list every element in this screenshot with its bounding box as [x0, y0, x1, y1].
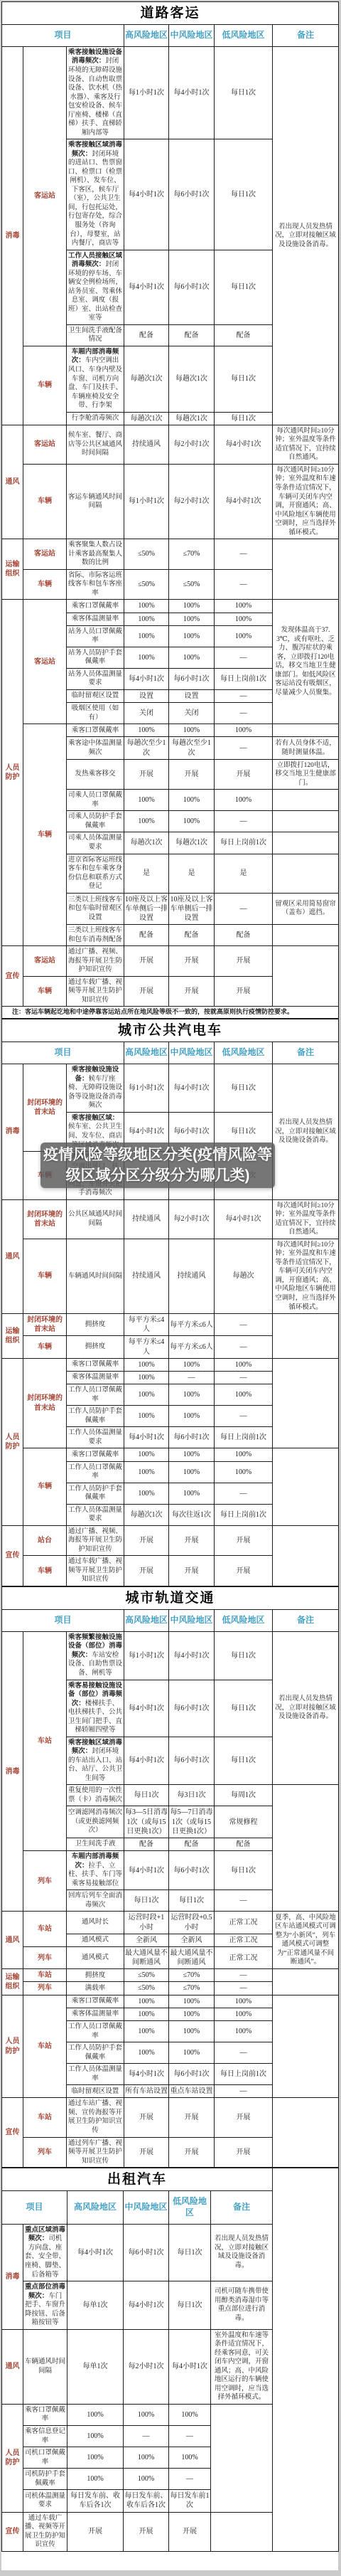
value-cell: ≤50% — [124, 1969, 169, 1982]
note-cell: 夏季，高、中风险地区车站通风模式可调整为“小新风”，列车通风模式可调整为“正常通… — [273, 1912, 339, 1969]
value-cell: 100% — [124, 2021, 169, 2042]
note-cell: 若出现人员发热情况，立即对接触区域及设施设备消毒。 — [273, 46, 339, 425]
value-cell: 100% — [124, 1995, 169, 2008]
value-cell: 每日1次 — [215, 1631, 273, 1680]
item-cell: 乘客易接触设施设备（部位）消毒频次：楼梯扶手、电扶梯扶手、公共卫生间门把手、直梯… — [67, 1680, 124, 1737]
value-cell: 100% — [215, 724, 273, 737]
value-cell: — — [215, 1314, 273, 1336]
value-cell: 开展 — [124, 976, 169, 1007]
item-cell: 车厢内部消毒频次：拉手、立柱、扶手、车门等乘客易接触部位 — [67, 1851, 124, 1890]
value-cell: 每4小时1次 — [215, 464, 273, 539]
note-cell: 若出现人员发热情况，立即对接触区域及设施设备消毒。 — [211, 2224, 273, 2281]
item-cell: 工作人员口罩佩戴率 — [67, 1384, 124, 1406]
value-cell: 每4小时1次 — [124, 668, 169, 689]
value-cell: 每6小时1次 — [169, 1427, 215, 1448]
value-cell: 100% — [169, 1461, 215, 1483]
note-cell: 留观区采用简易窗帘（盖布）遮挡。 — [273, 893, 339, 925]
value-cell: 100% — [169, 790, 215, 811]
value-cell: 每日1次 — [215, 139, 273, 250]
value-cell: 每4小时1次 — [169, 1631, 215, 1680]
note-cell: 每次通风时间≥10分钟；室外温度等条件适宜情况下，宜持续自然通风。 — [273, 425, 339, 464]
value-cell: 每4小时1次 — [215, 1199, 273, 1239]
value-cell: 100% — [215, 1448, 273, 1461]
value-cell: 开展 — [124, 946, 169, 977]
value-cell: 配备 — [169, 925, 215, 946]
value-cell: — — [215, 1336, 273, 1358]
value-cell: 是 — [124, 854, 169, 893]
item-cell: 回库后列车全面消毒频次 — [67, 1890, 124, 1912]
row-group-label: 通风 — [2, 425, 23, 539]
item-cell: 临时留观区设置 — [67, 689, 124, 702]
title-overlay: 疫情风险等级地区分类(疫情风险等 级区域分区分级分为哪几类) — [40, 1143, 275, 1188]
note-cell — [273, 946, 339, 1007]
value-cell: 每4小时1次 — [124, 2064, 169, 2085]
item-cell: 拥挤度 — [67, 1336, 124, 1358]
row-group-label: 消毒 — [2, 1631, 23, 1912]
item-cell: 工作人员体温测量要求 — [67, 1504, 124, 1525]
table-row: 消毒封闭环境的首末站乘客接触设施设备：候车厅座椅、无障碍设施设备等设施设备消毒频… — [2, 1064, 339, 1113]
value-cell: 每4小时1次 — [124, 1680, 169, 1737]
value-cell: 开展 — [169, 2098, 215, 2137]
row-subgroup-label: 封闭环境的首末站 — [23, 1199, 67, 1239]
table-row: 通风封闭环境的首末站公共区域通风时间间隔持续通风每2小时1次每4小时1次每次通风… — [2, 1199, 339, 1239]
value-cell: 100% — [169, 625, 215, 647]
note-cell — [211, 2404, 273, 2512]
item-cell: 乘客频繁接触设施设备（部位）消毒频次：车站安检设备、自助售票设备、闸机等 — [67, 1631, 124, 1680]
row-group-label: 通风 — [2, 1199, 23, 1313]
value-cell: 100% — [124, 2447, 169, 2469]
item-cell: 发热乘客移交 — [67, 759, 124, 790]
section-title: 出租汽车 — [2, 2168, 273, 2191]
value-cell: 每6小时1次 — [169, 1851, 215, 1890]
item-cell: 车辆通风时间间隔 — [23, 2329, 67, 2404]
table-row: 车辆乘客口罩佩戴率100%100%100% — [2, 724, 339, 737]
value-cell: — — [215, 689, 273, 702]
value-cell: 每日1次 — [215, 346, 273, 412]
note-cell — [273, 1995, 339, 2098]
note-cell — [211, 2512, 273, 2551]
value-cell: 关闭 — [169, 703, 215, 724]
overlay-line-2: 级区域分区分级分为哪几类) — [40, 1165, 275, 1186]
column-header: 高风险地区 — [124, 25, 169, 47]
section-title: 城市轨道交通 — [2, 1586, 339, 1609]
value-cell: 每5—7日消毒1次（或每15日更换1次） — [169, 1806, 215, 1838]
value-cell: 每趟次1次 — [169, 412, 215, 425]
value-cell: 每日1次 — [215, 250, 273, 324]
value-cell: 100% — [169, 1406, 215, 1427]
value-cell: 每趟次至少1次 — [169, 737, 215, 759]
item-cell: 拥挤度 — [67, 1969, 124, 1982]
value-cell: 100% — [124, 625, 169, 647]
table-row: 人员防护车站乘客口罩佩戴率100%100%100% — [2, 1995, 339, 2008]
value-cell: 每6小时1次 — [169, 250, 215, 324]
value-cell: 每日1次 — [124, 1785, 169, 1806]
item-cell: 乘客口罩佩戴率 — [23, 2404, 67, 2425]
table-row: 运输组织客运站乘客聚集人数占设计乘客最高聚集人数的比例≤50%≤70%— — [2, 539, 339, 570]
note-cell — [273, 724, 339, 737]
value-cell: 100% — [215, 1995, 273, 2008]
value-cell: 每日1次 — [215, 1851, 273, 1890]
item-cell: 乘客口罩佩戴率 — [67, 1448, 124, 1461]
value-cell: 100% — [124, 2469, 169, 2490]
value-cell: 每6小时1次 — [169, 139, 215, 250]
value-cell: 100% — [124, 600, 169, 613]
section-title: 道路客运 — [2, 2, 339, 25]
value-cell: — — [169, 1372, 215, 1384]
note-cell: 若有人员身体不适，随时测量体温。 — [273, 737, 339, 759]
value-cell: 每趟次1次 — [124, 1504, 169, 1525]
item-cell: 站务人员口罩佩戴率 — [67, 625, 124, 647]
item-cell: 空调滤网消毒频次（或更换滤网频次） — [67, 1806, 124, 1838]
value-cell: 开展 — [67, 2512, 124, 2551]
value-cell: 100% — [67, 2469, 124, 2490]
value-cell: 每2小时1次 — [169, 1199, 215, 1239]
value-cell: 每1小时1次 — [124, 464, 169, 539]
value-cell: 每日1次 — [169, 1890, 215, 1912]
row-group-label: 消毒 — [2, 2224, 23, 2329]
value-cell: 100% — [169, 613, 215, 625]
value-cell: 10座及以上客车单侧后一排设置 — [169, 893, 215, 925]
note-cell: 每次通风时间≥10分钟；室外温度和车速等条件适宜情况下，车辆可关闭车内空调，开窗… — [273, 464, 339, 539]
item-cell: 通过车载广播、视频等开展卫生防护知识宣传 — [67, 1556, 124, 1586]
value-cell: 100% — [124, 1384, 169, 1406]
item-cell: 卫生间洗手液配备情况 — [67, 324, 124, 346]
item-cell: 通过列车广播、视频等开展卫生防护知识宣传 — [67, 2137, 124, 2168]
value-cell: 每平方米≤4人 — [124, 1314, 169, 1336]
value-cell: 100% — [124, 790, 169, 811]
note-cell: 立即拨打120电话，移交当地卫生健康部门。 — [273, 759, 339, 790]
row-group-label: 运输组织 — [2, 1969, 23, 1995]
row-subgroup-label: 车站 — [23, 1912, 67, 1947]
item-cell: 司机口罩佩戴率 — [23, 2447, 67, 2469]
item-cell: 通过车站广播、视频、宣传海报等开展卫生防护知识宣传 — [67, 2098, 124, 2137]
item-cell: 司机防护手套佩戴率 — [23, 2469, 67, 2490]
item-cell: 乘客体温测量率 — [67, 613, 124, 625]
table-row: 通风车站通风时长运营时段+1小时运营时段+0.5小时正常工况夏季，高、中风险地区… — [2, 1912, 339, 1934]
value-cell: ≤50% — [124, 1982, 169, 1995]
value-cell: 每3日1次 — [169, 1785, 215, 1806]
value-cell: 100% — [67, 2447, 124, 2469]
value-cell: 配备 — [215, 1838, 273, 1850]
value-cell: 开展 — [169, 759, 215, 790]
item-cell: 通风时长 — [67, 1912, 124, 1934]
column-header: 中风险地区 — [169, 1042, 215, 1064]
row-group-label: 宣传 — [2, 1525, 23, 1586]
value-cell: 持续通风 — [124, 1239, 169, 1313]
item-cell: 乘客接触设施设备消毒频次：封闭环境的无障碍设施设备、自动售取票设备、饮水机（热水… — [67, 46, 124, 139]
value-cell: 100% — [169, 2021, 215, 2042]
value-cell: 100% — [169, 811, 215, 832]
value-cell: 每6小时1次 — [169, 668, 215, 689]
value-cell: 100% — [169, 1448, 215, 1461]
item-cell: 车辆通风时间间隔 — [67, 1239, 124, 1313]
column-header: 高风险地区 — [124, 1042, 169, 1064]
value-cell: 每趟次1次 — [169, 346, 215, 412]
value-cell: 每日1次 — [169, 2224, 211, 2281]
row-subgroup-label: 车站 — [23, 1969, 67, 1982]
value-cell: 100% — [124, 1372, 169, 1384]
value-cell: 100% — [169, 2042, 215, 2064]
item-cell: 乘客口罩佩戴率 — [67, 600, 124, 613]
value-cell: 每趟次1次 — [169, 832, 215, 854]
row-group-label: 宣传 — [2, 2098, 23, 2168]
value-cell: ≤70% — [169, 539, 215, 570]
value-cell: ≤70% — [169, 1969, 215, 1982]
value-cell: 持续通风 — [169, 1239, 215, 1313]
note-cell — [273, 811, 339, 832]
row-subgroup-label: 车辆 — [23, 464, 67, 539]
row-subgroup-label: 列车 — [23, 1946, 67, 1968]
row-subgroup-label: 站台 — [23, 1525, 67, 1556]
row-subgroup-label: 车辆 — [23, 1239, 67, 1313]
value-cell: 正常工况 — [215, 1934, 273, 1946]
value-cell: — — [169, 2469, 211, 2490]
item-cell: 工作人员口罩佩戴率 — [67, 1461, 124, 1483]
overlay-line-1: 疫情风险等级地区分类(疫情风险等 — [40, 1145, 275, 1165]
value-cell: 每4小时1次 — [124, 2281, 169, 2330]
value-cell: 每日1次 — [215, 1064, 273, 1113]
item-cell: 乘客接触区域消毒频次：封闭环境的进站口、售票窗口、检票口（检票闸机）、发车位、下… — [67, 139, 124, 250]
item-cell: 临时留观区设置 — [67, 2085, 124, 2098]
row-group-label: 消毒 — [2, 1064, 23, 1199]
value-cell: 每平方米≤6人 — [169, 1314, 215, 1336]
column-header: 高风险地区 — [67, 2191, 124, 2225]
value-cell: 每6小时1次 — [169, 1737, 215, 1785]
column-header: 中风险地区 — [169, 25, 215, 47]
column-header: 中风险地区 — [169, 1610, 215, 1632]
value-cell: 100% — [169, 600, 215, 613]
value-cell: — — [215, 737, 273, 759]
value-cell: 每趟次1次 — [124, 832, 169, 854]
item-cell: 工作人员口罩佩戴率 — [67, 2021, 124, 2042]
value-cell: 每4小时1次 — [169, 46, 215, 139]
value-cell: — — [215, 569, 273, 600]
item-cell: 司乘人员体温测量要求 — [67, 832, 124, 854]
value-cell: — — [215, 811, 273, 832]
value-cell: 100% — [169, 1483, 215, 1504]
item-cell: 车厢内部消毒频次：车内空调出风口、车身内壁及车窗、司机方向盘、车门及扶手、车辆座… — [67, 346, 124, 412]
value-cell: 100% — [169, 2008, 215, 2020]
value-cell: 开展 — [124, 759, 169, 790]
value-cell: 每日上岗前1次 — [215, 832, 273, 854]
row-subgroup-label: 车辆 — [23, 346, 67, 425]
item-cell: 公共区域通风时间间隔 — [67, 1199, 124, 1239]
item-cell: 卫生间洗手液 — [67, 1838, 124, 1850]
item-cell: 客运车辆通风时间间隔 — [67, 464, 124, 539]
note-cell — [273, 539, 339, 600]
value-cell: 每日上岗前1次 — [215, 668, 273, 689]
value-cell: 100% — [124, 724, 169, 737]
table-row: 人员防护客运站乘客口罩佩戴率100%100%100%发现体温高于37.3℃，或有… — [2, 600, 339, 613]
value-cell: 每日1次 — [215, 46, 273, 139]
note-cell — [273, 1358, 339, 1448]
value-cell: 持续通风 — [124, 425, 169, 464]
item-cell: 工作人员体温测量率 — [67, 2064, 124, 2085]
value-cell: 全新风 — [169, 1934, 215, 1946]
value-cell: 重点车站设置 — [169, 2085, 215, 2098]
value-cell: 100% — [124, 811, 169, 832]
table-row: 宣传站台通过广播、视频、海报等开展卫生防护知识宣传开展开展开展 — [2, 1525, 339, 1556]
column-header: 项目 — [2, 2191, 67, 2225]
value-cell: 每1小时1次 — [124, 1064, 169, 1113]
value-cell: 100% — [67, 2404, 124, 2425]
value-cell: 配备 — [124, 324, 169, 346]
value-cell: 每4小时1次 — [124, 1427, 169, 1448]
note-cell: 若出现人员发热情况，立即对接触区域及设施设备消毒。 — [273, 1631, 339, 1785]
row-subgroup-label: 客运站 — [23, 425, 67, 464]
item-cell: 站务人员防护手套佩戴率 — [67, 647, 124, 668]
value-cell: — — [215, 703, 273, 724]
row-subgroup-label: 车辆 — [23, 569, 67, 600]
value-cell: 100% — [67, 2426, 124, 2447]
note-cell — [273, 1785, 339, 1912]
value-cell: 开展 — [169, 2137, 215, 2168]
item-cell: 工作人员防护手套佩戴率 — [67, 1406, 124, 1427]
item-cell: 满载率 — [67, 1982, 124, 1995]
value-cell: 每日1次 — [215, 412, 273, 425]
item-cell: 三类以上班线客车和包车消毒剂配备 — [67, 925, 124, 946]
value-cell: 开展 — [124, 2137, 169, 2168]
value-cell: 配备 — [124, 925, 169, 946]
value-cell: 开展 — [124, 2098, 169, 2137]
item-cell: 吸烟区使用（如有） — [67, 703, 124, 724]
value-cell: 每1小时1次 — [124, 46, 169, 139]
item-cell: 通过车载广播、视频等开展卫生防护知识宣传 — [23, 2512, 67, 2551]
value-cell: 每日上岗前1次 — [215, 1427, 273, 1448]
item-cell: 乘客信息登记率 — [23, 2426, 67, 2447]
value-cell: 每2小时1次 — [169, 425, 215, 464]
column-header: 备注 — [273, 1042, 339, 1064]
item-cell: 工作人员接触区域消毒频次：封闭环境的停车场、车辆安全例检场所，站务员室、驾乘休息… — [67, 250, 124, 324]
row-group-label: 人员防护 — [2, 2404, 23, 2512]
value-cell: 100% — [215, 2008, 273, 2020]
item-cell: 工作人员防护手套佩戴率 — [67, 1483, 124, 1504]
filler-cell — [273, 2168, 339, 2552]
value-cell: 每4小时1次 — [67, 2224, 124, 2281]
value-cell: — — [215, 647, 273, 668]
value-cell: 每单1次 — [67, 2281, 124, 2330]
value-cell: 每4小时1次 — [124, 139, 169, 250]
value-cell: — — [169, 2426, 211, 2447]
table-row: 运输组织车站拥挤度≤50%≤70%— — [2, 1969, 339, 1982]
item-cell: 司机体温测量要求 — [23, 2490, 67, 2512]
column-header: 低风险地区 — [169, 2191, 211, 2225]
value-cell: 100% — [169, 1384, 215, 1406]
row-subgroup-label: 车辆 — [23, 976, 67, 1007]
value-cell: 每6小时1次 — [169, 2064, 215, 2085]
column-header: 低风险地区 — [215, 1042, 273, 1064]
value-cell: 最大通风量不间断通风 — [124, 1946, 169, 1968]
value-cell: 每4小时1次 — [124, 1851, 169, 1890]
value-cell: 100% — [124, 613, 169, 625]
item-cell: 工作人员防护手套佩戴率 — [67, 2042, 124, 2064]
table-row: 车辆乘客口罩佩戴率100%100%100% — [2, 1448, 339, 1461]
row-group-label: 消毒 — [2, 46, 23, 425]
value-cell: 100% — [124, 1483, 169, 1504]
row-group-label: 宣传 — [2, 2512, 23, 2551]
value-cell: 100% — [124, 1448, 169, 1461]
value-cell: 100% — [124, 1358, 169, 1371]
table-urban-rail-transit: 城市轨道交通项目高风险地区中风险地区低风险地区备注消毒车站乘客频繁接触设施设备（… — [1, 1586, 339, 2168]
column-header: 中风险地区 — [124, 2191, 169, 2225]
item-cell: 乘客口罩佩戴率 — [67, 1995, 124, 2008]
note-cell: 司机可随车携带使用醇类消毒湿巾等重点部位进行消毒。 — [211, 2281, 273, 2330]
row-subgroup-label: 列车 — [23, 2137, 67, 2168]
note-cell: 发现体温高于37.3℃，或有呕吐、乏力、腹泻症状的乘客，立即拨打120电话，移交… — [273, 600, 339, 724]
value-cell: 每日上岗前1次 — [215, 1504, 273, 1525]
item-cell: 乘客体温测量率 — [67, 2008, 124, 2020]
row-group-label: 宣传 — [2, 946, 23, 1007]
value-cell: 开展 — [215, 976, 273, 1007]
item-cell: 候车室、餐厅、商店等公共区域通风时间间隔 — [67, 425, 124, 464]
value-cell: 100% — [169, 2447, 211, 2469]
column-header: 高风险地区 — [124, 1610, 169, 1632]
item-cell: 司乘人员防护手套佩戴率 — [67, 811, 124, 832]
value-cell: 100% — [169, 724, 215, 737]
value-cell: 开展 — [169, 1556, 215, 1586]
value-cell: 开展 — [169, 976, 215, 1007]
value-cell: 每日发车前、收车后各1次 — [124, 2490, 169, 2512]
item-cell: 乘客口罩佩戴率 — [67, 1358, 124, 1371]
row-group-label: 通风 — [2, 1912, 23, 1969]
row-subgroup-label: 车辆 — [23, 1336, 67, 1358]
row-group-label: 通风 — [2, 2329, 23, 2404]
note-cell — [273, 790, 339, 811]
value-cell: 设置 — [169, 689, 215, 702]
row-subgroup-label: 列车 — [23, 1982, 67, 1995]
value-cell: 开展 — [169, 1525, 215, 1556]
value-cell: 每趟次至少1次 — [124, 737, 169, 759]
value-cell: — — [215, 1890, 273, 1912]
value-cell: — — [215, 539, 273, 570]
column-header: 低风险地区 — [215, 25, 273, 47]
value-cell: — — [215, 1982, 273, 1995]
note-cell: 每次通风时间≥10分钟；室外温度等条件适宜情况下，宜持续自然通风。 — [273, 1199, 339, 1239]
row-subgroup-label: 客运站 — [23, 46, 67, 346]
item-cell: 省际、市际客运班线客车和包车客座率 — [67, 569, 124, 600]
value-cell: 开展 — [215, 946, 273, 977]
table-road-passenger-transport: 道路客运项目高风险地区中风险地区低风险地区备注消毒客运站乘客接触设施设备消毒频次… — [1, 1, 339, 1019]
item-cell: 通过广播、视频、海报等开展卫生防护知识宣传 — [67, 946, 124, 977]
value-cell: 100% — [169, 1995, 215, 2008]
value-cell: 每日上岗前1次 — [215, 2064, 273, 2085]
value-cell: 每4小时1次 — [169, 2329, 211, 2404]
table-row: 通风客运站候车室、餐厅、商店等公共区域通风时间间隔持续通风每2小时1次每4小时1… — [2, 425, 339, 464]
value-cell: 100% — [169, 1358, 215, 1371]
value-cell: 运营时段+0.5小时 — [169, 1912, 215, 1934]
value-cell: 配备 — [169, 324, 215, 346]
item-cell: 拥挤度 — [67, 1314, 124, 1336]
value-cell: 每次往返1次 — [169, 1504, 215, 1525]
table-footnote: 注：客运车辆起讫地和中途停靠客运站点所在地风险等级不一致的，按就高原则执行疫情防… — [2, 1007, 339, 1019]
value-cell: 开展 — [215, 1525, 273, 1556]
value-cell: — — [215, 1406, 273, 1427]
column-header: 项目 — [2, 1610, 124, 1632]
row-group-label: 运输组织 — [2, 539, 23, 600]
value-cell: 每6小时1次 — [169, 1680, 215, 1737]
row-group-label: 人员防护 — [2, 600, 23, 946]
value-cell: 100% — [124, 1461, 169, 1483]
value-cell: 100% — [169, 647, 215, 668]
value-cell: 是 — [215, 854, 273, 893]
value-cell: 开展 — [169, 946, 215, 977]
item-cell: 乘客接触设施设备：候车厅座椅、无障碍设施设备等设施设备消毒频次 — [67, 1064, 124, 1113]
column-header: 项目 — [2, 1042, 124, 1064]
value-cell: 100% — [124, 2008, 169, 2020]
value-cell: 每周1次 — [215, 1785, 273, 1806]
value-cell: 每2小时1次 — [124, 2329, 169, 2404]
value-cell: 所有车站设置 — [124, 2085, 169, 2098]
